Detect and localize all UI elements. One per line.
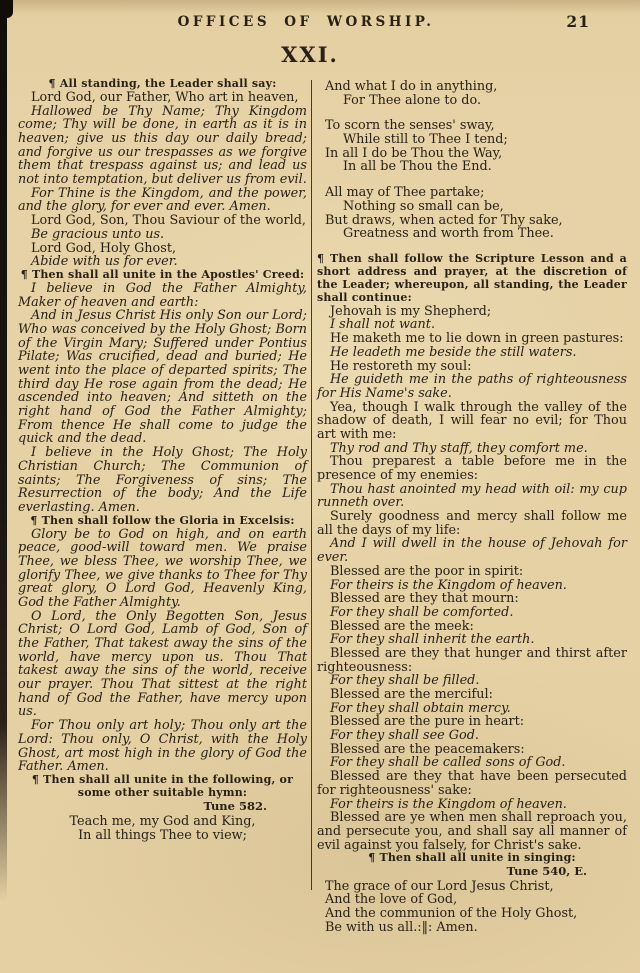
response: He guideth me in the paths of righteousn…: [317, 373, 627, 400]
hymn-stanza: And what I do in anything,For Thee alone…: [317, 80, 627, 107]
versicle: Jehovah is my Shepherd;: [317, 305, 627, 319]
book-page: OFFICES OF WORSHIP. 21 XXI. ¶ All standi…: [0, 0, 640, 973]
response: For Thou only art holy; Thou only art th…: [18, 719, 307, 774]
versicle: Lord God, Holy Ghost,: [18, 242, 307, 256]
page-corner-shadow: [0, 0, 13, 18]
response: Thou hast anointed my head with oil: my …: [317, 483, 627, 510]
versicle: Yea, though I walk through the valley of…: [317, 401, 627, 442]
versicle: He maketh me to lie down in green pastur…: [317, 332, 627, 346]
versicle: He restoreth my soul:: [317, 360, 627, 374]
response: He leadeth me beside the still waters.: [317, 346, 627, 360]
hymn-line: To scorn the senses' sway,: [317, 119, 627, 133]
tune: Tune 540, E.: [317, 865, 627, 877]
versicle: Blessed are ye when men shall reproach y…: [317, 811, 627, 852]
versicle: Blessed are they that have been persecut…: [317, 770, 627, 797]
versicle: Blessed are they that hunger and thirst …: [317, 647, 627, 674]
hymn-line: In all I do be Thou the Way,: [317, 147, 627, 161]
hymn-line: In all things Thee to view;: [18, 829, 307, 843]
response: Be gracious unto us.: [18, 228, 307, 242]
response: For they shall see God.: [317, 729, 627, 743]
response: I shall not want.: [317, 318, 627, 332]
versicle: Blessed are the poor in spirit:: [317, 565, 627, 579]
right-column: And what I do in anything,For Thee alone…: [317, 78, 627, 946]
hymn-line: Teach me, my God and King,: [18, 815, 307, 829]
hymn-line: Nothing so small can be,: [317, 200, 627, 214]
left-column: ¶ All standing, the Leader shall say:Lor…: [18, 78, 307, 946]
versicle: Surely goodness and mercy shall follow m…: [317, 510, 627, 537]
response: For they shall be comforted.: [317, 606, 627, 620]
versicle: Thou preparest a table before me in the …: [317, 455, 627, 482]
response: For they shall be called sons of God.: [317, 756, 627, 770]
book-gutter-shadow: [0, 0, 7, 902]
hymn-stanza: All may of Thee partake;Nothing so small…: [317, 186, 627, 241]
versicle: Lord God, our Father, Who art in heaven,: [18, 91, 307, 105]
hymn-line: Be with us all.:‖: Amen.: [317, 921, 627, 935]
response: For theirs is the Kingdom of heaven.: [317, 798, 627, 812]
versicle: Lord God, Son, Thou Saviour of the world…: [18, 214, 307, 228]
hymn-stanza: The grace of our Lord Jesus Christ,And t…: [317, 880, 627, 935]
hymn-line: While still to Thee I tend;: [317, 133, 627, 147]
hymn-line: And the communion of the Holy Ghost,: [317, 907, 627, 921]
hymn-line: In all be Thou the End.: [317, 160, 627, 174]
hymn-line: And the love of God,: [317, 893, 627, 907]
column-divider-rule: [311, 80, 312, 890]
rubric: ¶ Then shall all unite in the following,…: [18, 774, 307, 800]
hymn-line: And what I do in anything,: [317, 80, 627, 94]
response: For theirs is the Kingdom of heaven.: [317, 579, 627, 593]
hymn-stanza: To scorn the senses' sway,While still to…: [317, 119, 627, 174]
versicle: Blessed are they that mourn:: [317, 592, 627, 606]
response: And I will dwell in the house of Jehovah…: [317, 537, 627, 564]
hymn-line: All may of Thee partake;: [317, 186, 627, 200]
rubric-justify: ¶ Then shall follow the Scripture Lesson…: [317, 253, 627, 305]
response: Thy rod and Thy staff, they comfort me.: [317, 442, 627, 456]
text-columns: ¶ All standing, the Leader shall say:Lor…: [18, 78, 627, 946]
response: For they shall inherit the earth.: [317, 633, 627, 647]
response: For they shall obtain mercy.: [317, 702, 627, 716]
response: Glory be to God on high, and on earth pe…: [18, 528, 307, 610]
tune: Tune 582.: [18, 800, 307, 812]
page-number: 21: [566, 12, 590, 31]
running-head: OFFICES OF WORSHIP.: [20, 14, 592, 30]
versicle: Blessed are the pure in heart:: [317, 715, 627, 729]
hymn-line: Greatness and worth from Thee.: [317, 227, 627, 241]
hymn-line: For Thee alone to do.: [317, 94, 627, 108]
versicle: Blessed are the meek:: [317, 620, 627, 634]
response: I believe in the Holy Ghost; The Holy Ch…: [18, 446, 307, 514]
rubric: ¶ Then shall all unite in the Apostles' …: [18, 269, 307, 282]
versicle: Blessed are the peacemakers:: [317, 743, 627, 757]
response: For they shall be filled.: [317, 674, 627, 688]
hymn-line: But draws, when acted for Thy sake,: [317, 214, 627, 228]
response: I believe in God the Father Almighty, Ma…: [18, 282, 307, 309]
section-title: XXI.: [20, 42, 600, 67]
response: Abide with us for ever.: [18, 255, 307, 269]
rubric: ¶ Then shall follow the Gloria in Excels…: [18, 515, 307, 528]
hymn-stanza: Teach me, my God and King,In all things …: [18, 815, 307, 842]
response: Hallowed be Thy Name; Thy Kingdom come; …: [18, 105, 307, 187]
hymn-line: The grace of our Lord Jesus Christ,: [317, 880, 627, 894]
response: And in Jesus Christ His only Son our Lor…: [18, 309, 307, 446]
response: For Thine is the Kingdom, and the power,…: [18, 187, 307, 214]
versicle: Blessed are the merciful:: [317, 688, 627, 702]
response: O Lord, the Only Begotten Son, Jesus Chr…: [18, 610, 307, 720]
